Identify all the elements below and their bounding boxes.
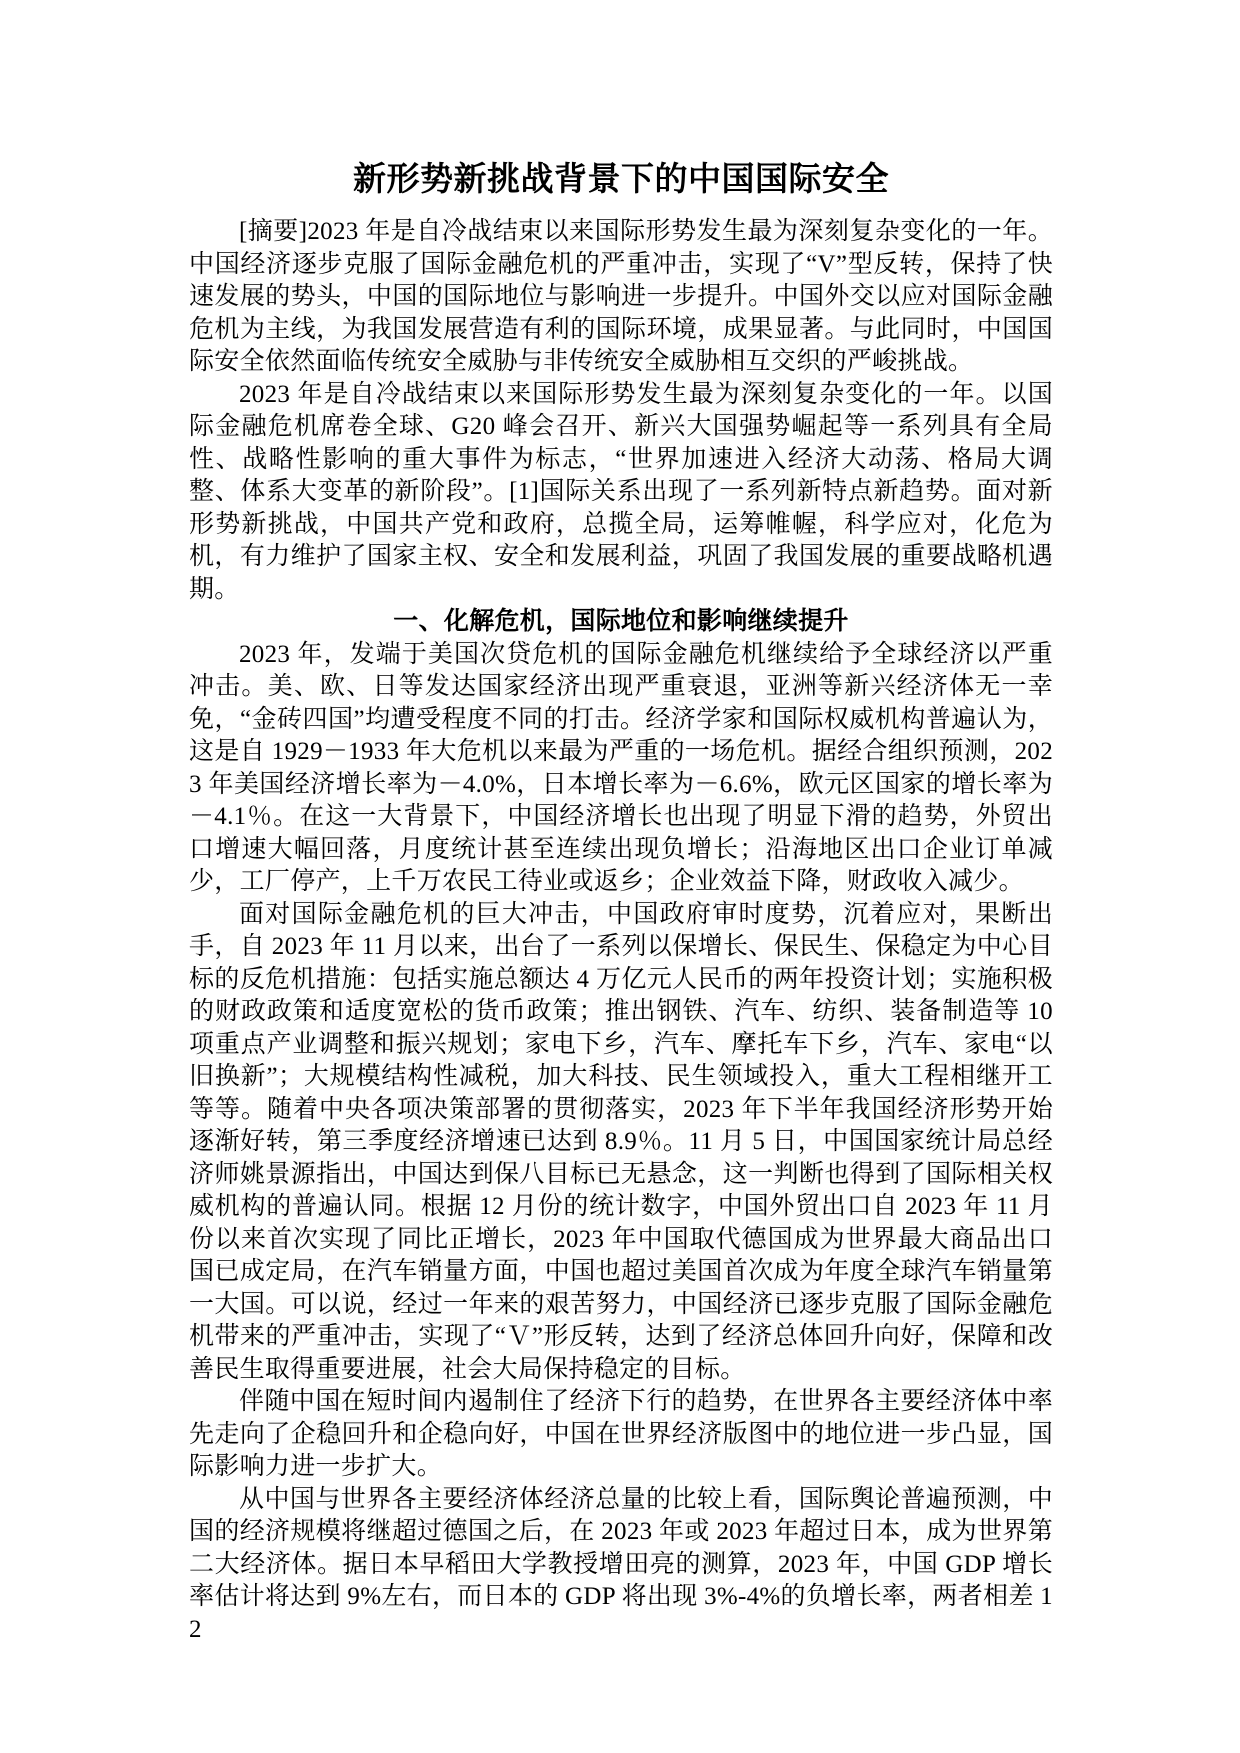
document-title: 新形势新挑战背景下的中国国际安全 [189,156,1053,204]
section-heading: 一、化解危机，国际地位和影响继续提升 [189,606,1053,639]
paragraph: 面对国际金融危机的巨大冲击，中国政府审时度势，沉着应对，果断出手，自 2023 … [189,899,1053,1387]
paragraph: 2023 年是自冷战结束以来国际形势发生最为深刻复杂变化的一年。以国际金融危机席… [189,379,1053,607]
document-content: 新形势新挑战背景下的中国国际安全 [摘要]2023 年是自冷战结束以来国际形势发… [189,156,1053,1646]
paragraph: 2023 年，发端于美国次贷危机的国际金融危机继续给予全球经济以严重冲击。美、欧… [189,639,1053,899]
paragraph: 从中国与世界各主要经济体经济总量的比较上看，国际舆论普遍预测，中国的经济规模将继… [189,1484,1053,1647]
abstract-paragraph: [摘要]2023 年是自冷战结束以来国际形势发生最为深刻复杂变化的一年。中国经济… [189,216,1053,379]
paragraph: 伴随中国在短时间内遏制住了经济下行的趋势，在世界各主要经济体中率先走向了企稳回升… [189,1386,1053,1484]
document-page: 新形势新挑战背景下的中国国际安全 [摘要]2023 年是自冷战结束以来国际形势发… [0,0,1240,1753]
